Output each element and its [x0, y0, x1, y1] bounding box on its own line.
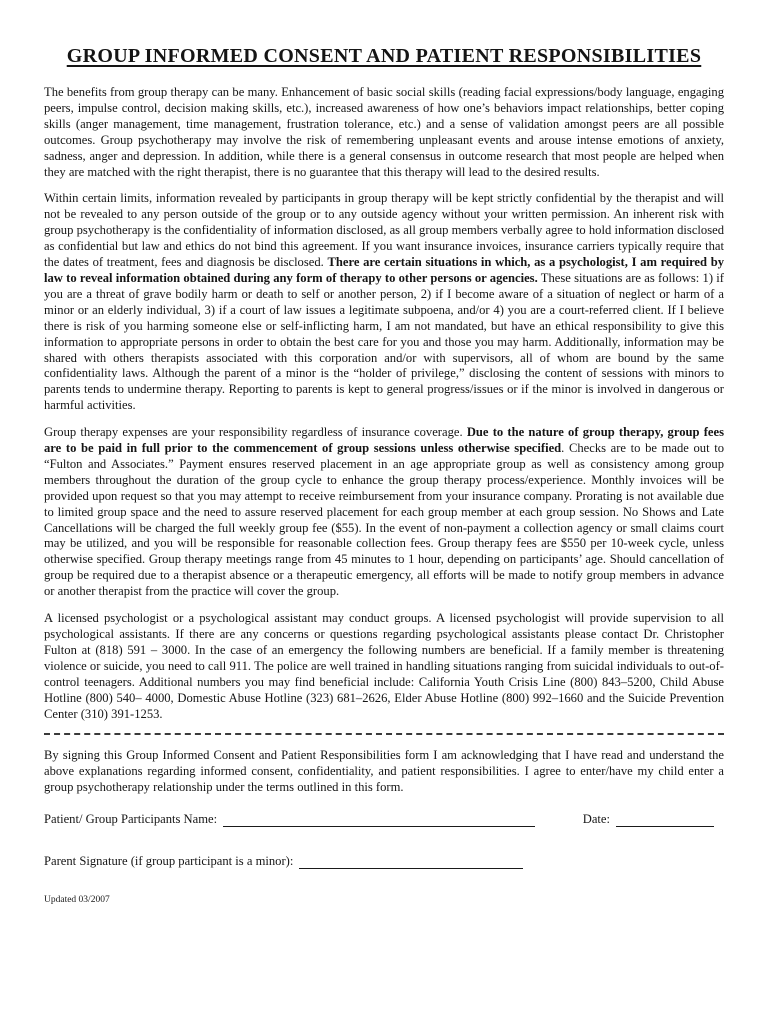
supervision-emergency-paragraph: A licensed psychologist or a psychologic… — [44, 611, 724, 722]
page-title: GROUP INFORMED CONSENT AND PATIENT RESPO… — [44, 44, 724, 68]
patient-name-label: Patient/ Group Participants Name: — [44, 812, 217, 827]
revision-footer: Updated 03/2007 — [44, 895, 724, 905]
parent-signature-blank[interactable] — [299, 854, 523, 869]
benefits-paragraph: The benefits from group therapy can be m… — [44, 85, 724, 180]
confidentiality-paragraph: Within certain limits, information revea… — [44, 191, 724, 414]
patient-name-row: Patient/ Group Participants Name: Date: — [44, 812, 724, 827]
fees-paragraph: Group therapy expenses are your responsi… — [44, 425, 724, 600]
consent-form-page: GROUP INFORMED CONSENT AND PATIENT RESPO… — [0, 0, 768, 1024]
date-label: Date: — [583, 812, 610, 827]
dashed-divider — [44, 733, 724, 735]
patient-name-blank[interactable] — [223, 812, 535, 827]
date-blank[interactable] — [616, 812, 714, 827]
acknowledgement-paragraph: By signing this Group Informed Consent a… — [44, 748, 724, 796]
parent-signature-label: Parent Signature (if group participant i… — [44, 854, 293, 869]
date-group: Date: — [583, 812, 714, 827]
parent-signature-row: Parent Signature (if group participant i… — [44, 854, 724, 869]
